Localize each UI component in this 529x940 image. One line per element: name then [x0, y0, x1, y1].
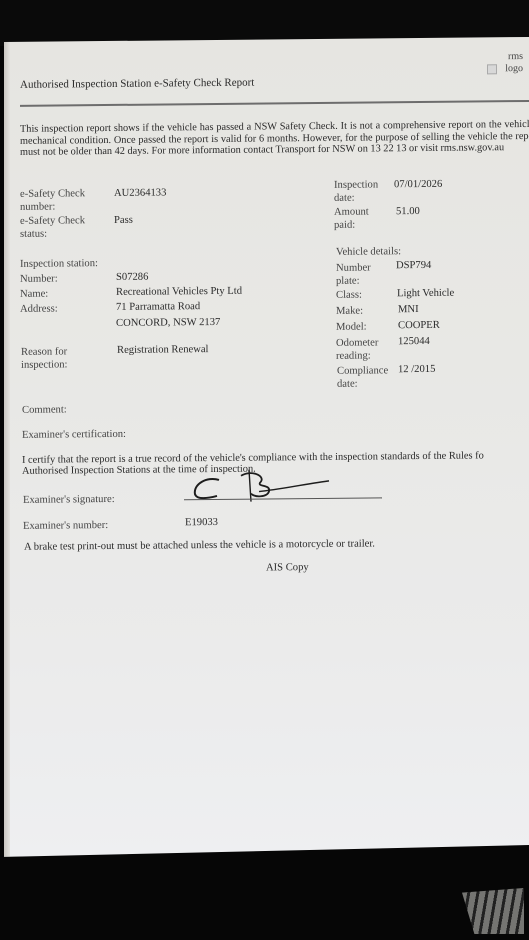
class-label: Class:: [336, 289, 362, 302]
plate-value: DSP794: [396, 259, 431, 272]
station-number-label: Number:: [20, 272, 58, 285]
signature-label: Examiner's signature:: [23, 493, 115, 507]
vehicle-heading: Vehicle details:: [336, 245, 401, 259]
station-address-label: Address:: [20, 302, 58, 315]
rms-logo-alt-text: rms logo: [501, 51, 523, 75]
station-address-line1: 71 Parramatta Road: [116, 300, 200, 314]
amount-paid-value: 51.00: [396, 205, 420, 218]
certification-heading: Examiner's certification:: [22, 428, 126, 442]
report-title: Authorised Inspection Station e-Safety C…: [20, 77, 254, 92]
intro-paragraph: This inspection report shows if the vehi…: [20, 119, 529, 158]
inspection-date-value: 07/01/2026: [394, 178, 442, 191]
odometer-label: Odometerreading:: [336, 336, 378, 362]
station-name-label: Name:: [20, 288, 48, 301]
rms-logo: rms logo: [487, 51, 523, 75]
broken-image-icon: [487, 64, 497, 74]
station-heading: Inspection station:: [20, 257, 98, 271]
reason-value: Registration Renewal: [117, 343, 209, 357]
check-number-label: e-Safety Checknumber:: [20, 187, 85, 214]
station-address-line2: CONCORD, NSW 2137: [116, 316, 220, 330]
plate-label: Numberplate:: [336, 261, 371, 287]
compliance-label: Compliancedate:: [337, 364, 388, 390]
background-bottom: [0, 845, 529, 940]
odometer-value: 125044: [398, 335, 430, 348]
check-status-label: e-Safety Checkstatus:: [20, 214, 85, 241]
copy-label: AIS Copy: [266, 561, 309, 574]
brake-test-note: A brake test print-out must be attached …: [24, 537, 375, 553]
station-name-value: Recreational Vehicles Pty Ltd: [116, 285, 242, 299]
examiner-number-value: E19033: [185, 516, 218, 529]
compliance-value: 12 /2015: [398, 363, 435, 376]
check-status-value: Pass: [114, 214, 133, 227]
inspection-date-label: Inspectiondate:: [334, 178, 378, 204]
amount-paid-label: Amountpaid:: [334, 205, 369, 231]
reason-label: Reason forinspection:: [21, 345, 68, 371]
make-value: MNI: [398, 303, 419, 316]
check-number-value: AU2364133: [114, 186, 166, 200]
header-divider: [20, 100, 529, 106]
model-label: Model:: [336, 321, 367, 334]
make-label: Make:: [336, 305, 363, 318]
examiner-number-label: Examiner's number:: [23, 519, 108, 533]
comment-label: Comment:: [22, 403, 67, 416]
model-value: COOPER: [398, 319, 440, 332]
inspection-report-page: Authorised Inspection Station e-Safety C…: [4, 37, 529, 857]
station-number-value: S07286: [116, 271, 148, 284]
class-value: Light Vehicle: [397, 287, 454, 301]
